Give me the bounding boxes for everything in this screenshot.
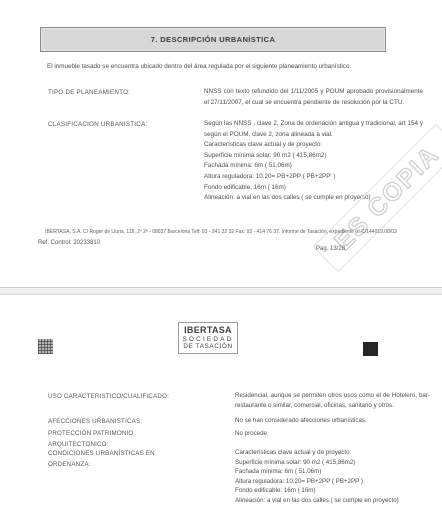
intro-text: El inmueble tasado se encuentra ubicado … <box>47 63 351 70</box>
logo-line-ibertasa: IBERTASA <box>179 325 237 335</box>
logo-line-de-tasacion: DE TASACIÓN <box>179 343 237 350</box>
condiciones-line: Fondo edificable: 16m ( 16m) <box>235 486 430 496</box>
clasificacion-line: Fondo edificable: 16m ( 16m) <box>204 183 423 194</box>
field-label-afecciones: AFECCIONES URBANISTICAS: <box>48 417 198 428</box>
clasificacion-line: Alineación: a vial en las dos calles ( s… <box>204 193 423 204</box>
section-header-bar: 7. DESCRIPCIÓN URBANÍSTICA <box>40 27 386 52</box>
clasificacion-line: Altura reguladora: 10.20= PB+2PP ( PB+2P… <box>204 172 423 183</box>
field-value-condiciones: Características clave actual y de proyec… <box>235 448 430 506</box>
field-label-tipo-planeamiento: TIPO DE PLANEAMIENTO: <box>48 89 198 96</box>
clasificacion-intro-line: Según las NNSS , clave 2, Zona de ordena… <box>204 119 423 140</box>
footer-page-number: Pag. 13/28 <box>316 246 345 252</box>
section-header-title: 7. DESCRIPCIÓN URBANÍSTICA <box>151 35 276 44</box>
condiciones-line: Alineación: a vial en las dos calles ( s… <box>235 496 430 506</box>
ibertasa-logo: IBERTASA SOCIEDAD DE TASACIÓN <box>178 322 238 354</box>
document-sheet: 7. DESCRIPCIÓN URBANÍSTICA El inmueble t… <box>0 0 442 520</box>
right-stamp-mark <box>363 342 378 356</box>
footer-address-line: IBERTASA, S.A. C/ Roger de Lluria, 118, … <box>0 229 442 235</box>
left-stamp-mark <box>38 339 53 354</box>
field-label-uso: USO CARACTERISTICO/CUALIFICADO: <box>48 392 198 403</box>
condiciones-line: Fachada mínima: 6m ( 51.06m) <box>235 467 430 477</box>
condiciones-line: Altura reguladora: 10.20= PB+2PP ( PB+2P… <box>235 477 430 487</box>
field-value-uso: Residencial, aunque se permiten otros us… <box>235 391 430 410</box>
condiciones-line: Características clave actual y de proyec… <box>235 448 430 458</box>
field-label-proteccion: PROTECCIÓN PATRIMONIO ARQUITECTONICO: <box>48 429 148 450</box>
clasificacion-line: Características clave actual y de proyec… <box>204 140 423 151</box>
footer-ref-control: Ref. Control: 20233810 <box>38 240 100 246</box>
field-value-afecciones: No se han considerado afecciones urbanís… <box>235 416 430 426</box>
logo-line-sociedad: SOCIEDAD <box>179 336 237 343</box>
field-label-clasificacion: CLASIFICACION URBANISTICA: <box>48 121 198 128</box>
clasificacion-line: Fachada mínima: 6m ( 51.06m) <box>204 161 423 172</box>
field-label-condiciones: CONDICIONES URBANÍSTICAS EN ORDENANZA: <box>48 449 158 470</box>
field-value-proteccion: No procede. <box>235 429 430 439</box>
field-value-clasificacion: Según las NNSS , clave 2, Zona de ordena… <box>204 119 423 204</box>
field-value-tipo-planeamiento: NNSS con texto refundido del 1/11/2005 y… <box>204 87 423 108</box>
page-separator <box>0 287 442 295</box>
clasificacion-line: Superficie mínima solar: 90 m2 ( 415,86m… <box>204 151 423 162</box>
condiciones-line: Superficie mínima solar: 90 m2 ( 415,86m… <box>235 458 430 468</box>
